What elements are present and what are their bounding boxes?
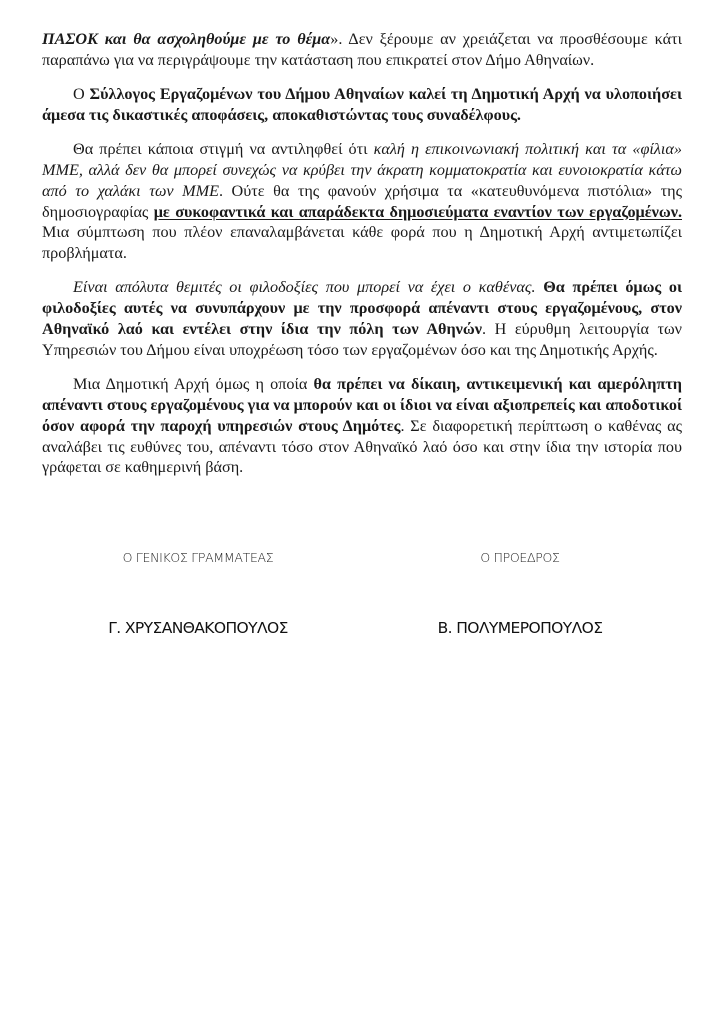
text-run: με συκοφαντικά και απαράδεκτα δημοσιεύμα… xyxy=(154,203,682,221)
text-run: Μια σύμπτωση που πλέον επαναλαμβάνεται κ… xyxy=(42,223,682,262)
text-run: Σύλλογος Εργαζομένων του Δήμου Αθηναίων … xyxy=(42,85,682,124)
text-run: ΠΑΣΟΚ και θα ασχοληθούμε με το θέμα xyxy=(42,30,330,48)
text-run: Θα πρέπει κάποια στιγμή να αντιληφθεί ότ… xyxy=(73,140,374,158)
text-run: Είναι απόλυτα θεμιτές οι φιλοδοξίες που … xyxy=(73,278,536,296)
signature-left-title: Ο ΓΕΝΙΚΟΣ ΓΡΑΜΜΑΤΕΑΣ xyxy=(98,550,298,565)
signature-right-name: Β. ΠΟΛΥΜΕΡΟΠΟΥΛΟΣ xyxy=(420,619,620,637)
signature-right-title: Ο ΠΡΟΕΔΡΟΣ xyxy=(420,550,620,565)
text-run: Μια Δημοτική Αρχή όμως η οποία xyxy=(73,375,313,393)
text-run: Ο xyxy=(73,85,90,103)
paragraph-4: Είναι απόλυτα θεμιτές οι φιλοδοξίες που … xyxy=(42,277,682,360)
paragraph-2: Ο Σύλλογος Εργαζομένων του Δήμου Αθηναίω… xyxy=(42,84,682,126)
paragraph-3: Θα πρέπει κάποια στιγμή να αντιληφθεί ότ… xyxy=(42,139,682,264)
document-body: ΠΑΣΟΚ και θα ασχοληθούμε με το θέμα». Δε… xyxy=(42,29,682,492)
paragraph-5: Μια Δημοτική Αρχή όμως η οποία θα πρέπει… xyxy=(42,374,682,478)
paragraph-1: ΠΑΣΟΚ και θα ασχοληθούμε με το θέμα». Δε… xyxy=(42,29,682,71)
signature-left-name: Γ. ΧΡΥΣΑΝΘΑΚΟΠΟΥΛΟΣ xyxy=(98,619,298,637)
